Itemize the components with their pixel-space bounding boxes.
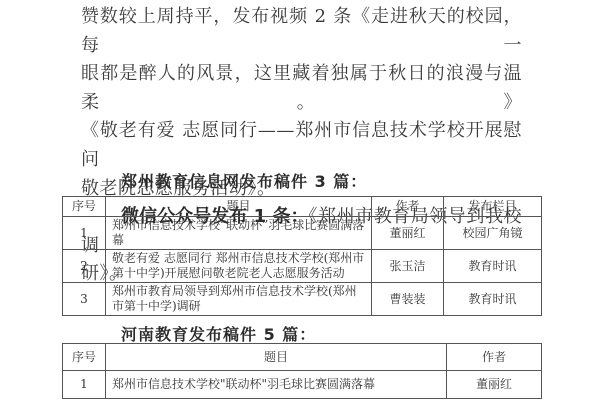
table-row: 2 敬老有爱 志愿同行 郑州市信息技术学校(郑州市第十中学)开展慰问敬老院老人志… xyxy=(63,250,542,283)
author-cell: 张玉洁 xyxy=(372,250,444,283)
paragraph-line: 《敬老有爱 志愿同行——郑州市信息技术学校开展慰问 xyxy=(81,117,522,174)
author-cell: 曹装装 xyxy=(372,283,444,316)
title-cell: 敬老有爱 志愿同行 郑州市信息技术学校(郑州市第十中学)开展慰问敬老院老人志愿服… xyxy=(106,250,372,283)
author-cell: 董丽红 xyxy=(447,371,542,399)
seq-cell: 2 xyxy=(63,250,106,283)
title-cell: 郑州市信息技术学校“联动杯”羽毛球比赛圆满落幕 xyxy=(106,217,372,250)
author-column-header: 作者 xyxy=(447,344,542,371)
title-cell: 郑州市教育局领导到郑州市信息技术学校(郑州市第十中学)调研 xyxy=(106,283,372,316)
column-cell: 校园广角镜 xyxy=(444,217,542,250)
column-cell: 教育时讯 xyxy=(444,250,542,283)
column-column-header: 发布栏目 xyxy=(444,197,542,217)
column-cell: 教育时讯 xyxy=(444,283,542,316)
title-cell: 郑州市信息技术学校"联动杯"羽毛球比赛圆满落幕 xyxy=(106,371,447,399)
table-row: 1 郑州市信息技术学校“联动杯”羽毛球比赛圆满落幕 董丽红 校园广角镜 xyxy=(63,217,542,250)
seq-cell: 3 xyxy=(63,283,106,316)
paragraph-line: 眼都是醉人的风景，这里藏着独属于秋日的浪漫与温柔。》 xyxy=(81,60,522,117)
seq-column-header: 序号 xyxy=(63,197,106,217)
document-page: 赞数较上周持平，发布视频 2 条《走进秋天的校园，每一 眼都是醉人的风景，这里藏… xyxy=(0,0,600,400)
seq-cell: 1 xyxy=(63,217,106,250)
seq-column-header: 序号 xyxy=(63,344,106,371)
table-zhengzhou-edu-net: 序号 题目 作者 发布栏目 1 郑州市信息技术学校“联动杯”羽毛球比赛圆满落幕 … xyxy=(62,196,542,316)
title-column-header: 题目 xyxy=(106,344,447,371)
table-header-row: 序号 题目 作者 xyxy=(63,344,542,371)
section-heading-henan: 河南教育发布稿件 5 篇： xyxy=(121,322,316,345)
table-row: 1 郑州市信息技术学校"联动杯"羽毛球比赛圆满落幕 董丽红 xyxy=(63,371,542,399)
table-row: 3 郑州市教育局领导到郑州市信息技术学校(郑州市第十中学)调研 曹装装 教育时讯 xyxy=(63,283,542,316)
table-henan-edu: 序号 题目 作者 1 郑州市信息技术学校"联动杯"羽毛球比赛圆满落幕 董丽红 xyxy=(62,343,542,399)
seq-cell: 1 xyxy=(63,371,106,399)
table-header-row: 序号 题目 作者 发布栏目 xyxy=(63,197,542,217)
section-heading-zhengzhou: 郑州教育信息网发布稿件 3 篇： xyxy=(121,169,367,192)
author-cell: 董丽红 xyxy=(372,217,444,250)
author-column-header: 作者 xyxy=(372,197,444,217)
paragraph-line: 赞数较上周持平，发布视频 2 条《走进秋天的校园，每一 xyxy=(81,3,522,60)
title-column-header: 题目 xyxy=(106,197,372,217)
